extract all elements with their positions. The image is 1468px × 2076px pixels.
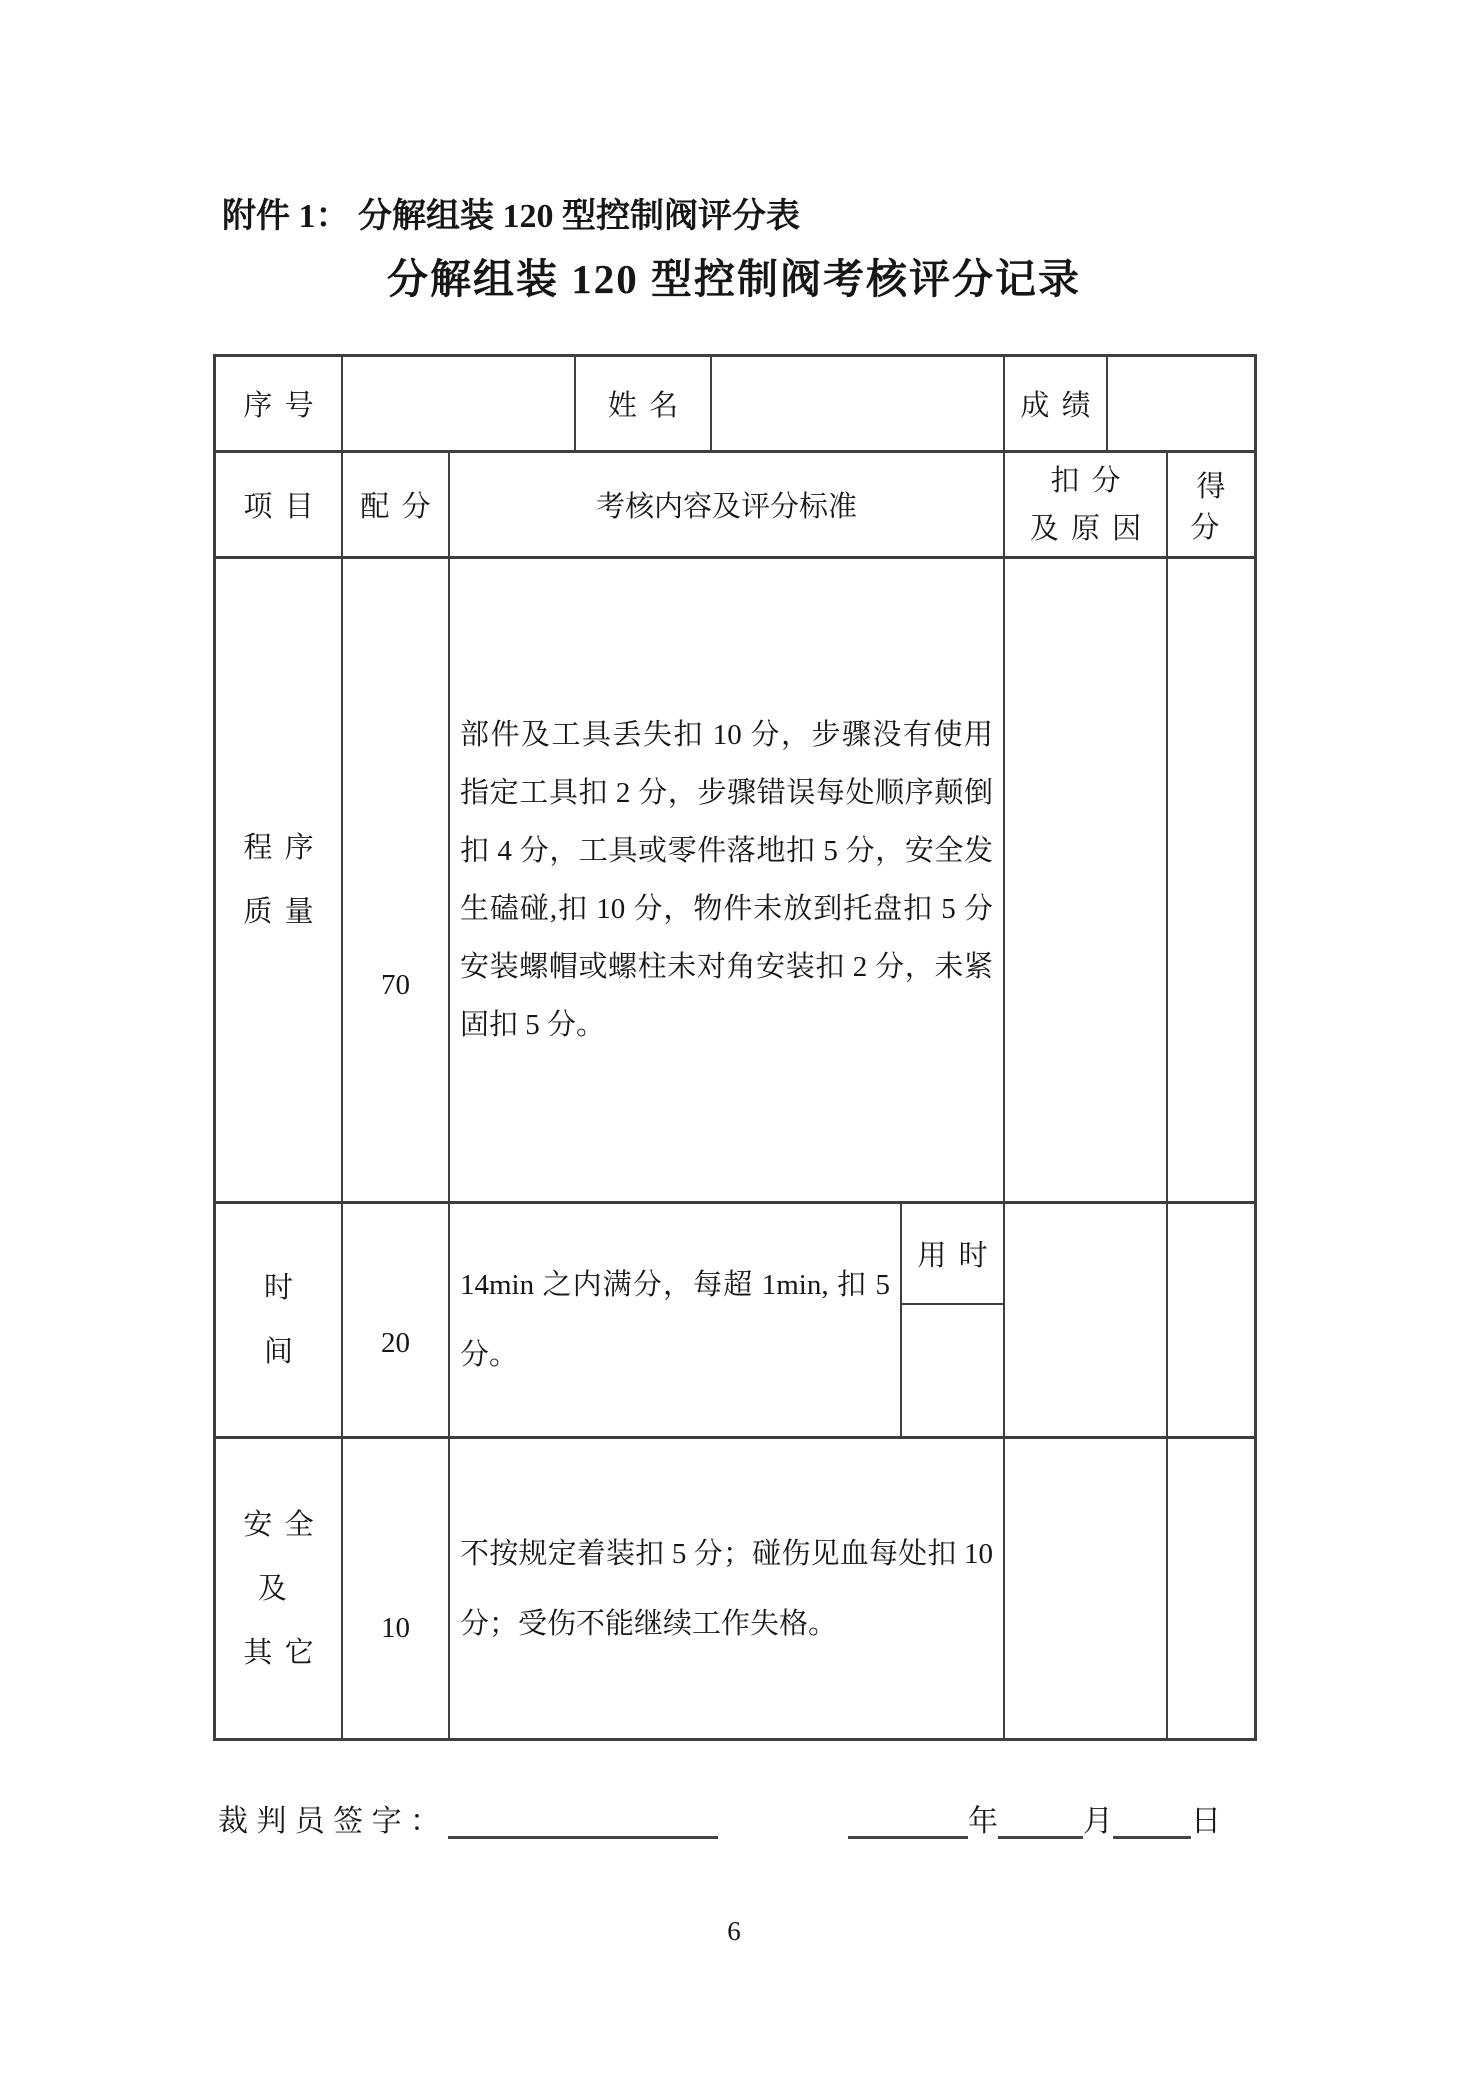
criteria-line: 扣 4 分，工具或零件落地扣 5 分，安全发 <box>460 822 993 880</box>
month-label: 月 <box>1083 1805 1113 1838</box>
criteria-cell: 部件及工具丢失扣 10 分，步骤没有使用 指定工具扣 2 分，步骤错误每处顺序颠… <box>448 559 1003 1201</box>
name-label-cell: 姓名 <box>574 357 710 450</box>
deduction-cell <box>1003 1439 1166 1738</box>
deduction-cell <box>1003 559 1166 1201</box>
points-cell: 70 <box>341 559 448 1201</box>
criteria-cell: 14min 之内满分，每超 1min, 扣 5 分。 用时 <box>448 1204 1003 1436</box>
deduction-header-cell: 扣分 及原因 <box>1003 453 1166 556</box>
month-blank <box>998 1802 1083 1839</box>
deduction-header-line2: 及原因 <box>1018 505 1154 553</box>
page-number: 6 <box>0 1916 1468 1947</box>
item-cell: 程序 质量 <box>216 559 341 1201</box>
criteria-line: 部件及工具丢失扣 10 分，步骤没有使用 <box>460 706 993 764</box>
criteria-header-cell: 考核内容及评分标准 <box>448 453 1003 556</box>
name-value-cell <box>710 357 1003 450</box>
points-cell: 20 <box>341 1204 448 1436</box>
time-criteria-text: 14min 之内满分，每超 1min, 扣 5 分。 <box>450 1204 900 1436</box>
year-label: 年 <box>968 1805 998 1838</box>
item-line: 间 <box>252 1320 305 1384</box>
item-line: 其它 <box>231 1621 326 1685</box>
criteria-line: 分；受伤不能继续工作失格。 <box>460 1589 993 1659</box>
grade-value-cell <box>1106 357 1254 450</box>
document-title: 分解组装 120 型控制阀考核评分记录 <box>0 246 1468 305</box>
allocated-header-cell: 配分 <box>341 453 448 556</box>
signature-line: 裁判员签字： <box>218 1796 718 1840</box>
info-row: 序号 姓名 成绩 <box>216 357 1254 450</box>
criteria-line: 指定工具扣 2 分，步骤错误每处顺序颠倒 <box>460 764 993 822</box>
item-line: 时 <box>252 1256 305 1320</box>
item-cell: 时 间 <box>216 1204 341 1436</box>
score-table: 序号 姓名 成绩 项目 配分 考核内容及评分标准 扣分 及原因 得分 程序 质量… <box>213 354 1257 1741</box>
procedure-quality-row: 程序 质量 70 部件及工具丢失扣 10 分，步骤没有使用 指定工具扣 2 分，… <box>216 556 1254 1201</box>
score-cell <box>1166 1439 1254 1738</box>
item-line: 安全及 <box>216 1493 341 1621</box>
criteria-line: 固扣 5 分。 <box>460 996 993 1054</box>
document-page: 附件 1： 分解组装 120 型控制阀评分表 分解组装 120 型控制阀考核评分… <box>0 0 1468 2076</box>
safety-row: 安全及 其它 10 不按规定着装扣 5 分；碰伤见血每处扣 10 分；受伤不能继… <box>216 1436 1254 1738</box>
header-row: 项目 配分 考核内容及评分标准 扣分 及原因 得分 <box>216 450 1254 556</box>
item-line: 程序 <box>231 816 326 880</box>
criteria-line: 生磕碰,扣 10 分，物件未放到托盘扣 5 分 <box>460 880 993 938</box>
signature-label: 裁判员签字： <box>218 1805 448 1838</box>
criteria-line: 不按规定着装扣 5 分；碰伤见血每处扣 10 <box>460 1519 993 1589</box>
item-cell: 安全及 其它 <box>216 1439 341 1738</box>
criteria-line: 安装螺帽或螺柱未对角安装扣 2 分，未紧 <box>460 938 993 996</box>
year-blank <box>848 1802 968 1839</box>
grade-label-cell: 成绩 <box>1003 357 1106 450</box>
time-used-label-cell: 用时 <box>902 1204 1003 1305</box>
score-header-cell: 得分 <box>1166 453 1254 556</box>
criteria-cell: 不按规定着装扣 5 分；碰伤见血每处扣 10 分；受伤不能继续工作失格。 <box>448 1439 1003 1738</box>
item-line: 质量 <box>231 880 326 944</box>
item-header-cell: 项目 <box>216 453 341 556</box>
score-cell <box>1166 1204 1254 1436</box>
seq-label-cell: 序号 <box>216 357 341 450</box>
deduction-cell <box>1003 1204 1166 1436</box>
deduction-header-line1: 扣分 <box>1038 457 1133 505</box>
seq-value-cell <box>341 357 574 450</box>
attachment-heading: 附件 1： 分解组装 120 型控制阀评分表 <box>222 188 800 237</box>
score-cell <box>1166 559 1254 1201</box>
day-blank <box>1113 1802 1191 1839</box>
time-row: 时 间 20 14min 之内满分，每超 1min, 扣 5 分。 用时 <box>216 1201 1254 1436</box>
time-used-column: 用时 <box>900 1204 1003 1436</box>
points-cell: 10 <box>341 1439 448 1738</box>
criteria-line: 14min 之内满分，每超 1min, 扣 5 <box>460 1250 890 1320</box>
signature-blank <box>448 1802 718 1839</box>
time-used-value-cell <box>902 1305 1003 1436</box>
day-label: 日 <box>1191 1805 1221 1838</box>
criteria-line: 分。 <box>460 1320 890 1390</box>
date-line: 年月日 <box>848 1796 1221 1840</box>
